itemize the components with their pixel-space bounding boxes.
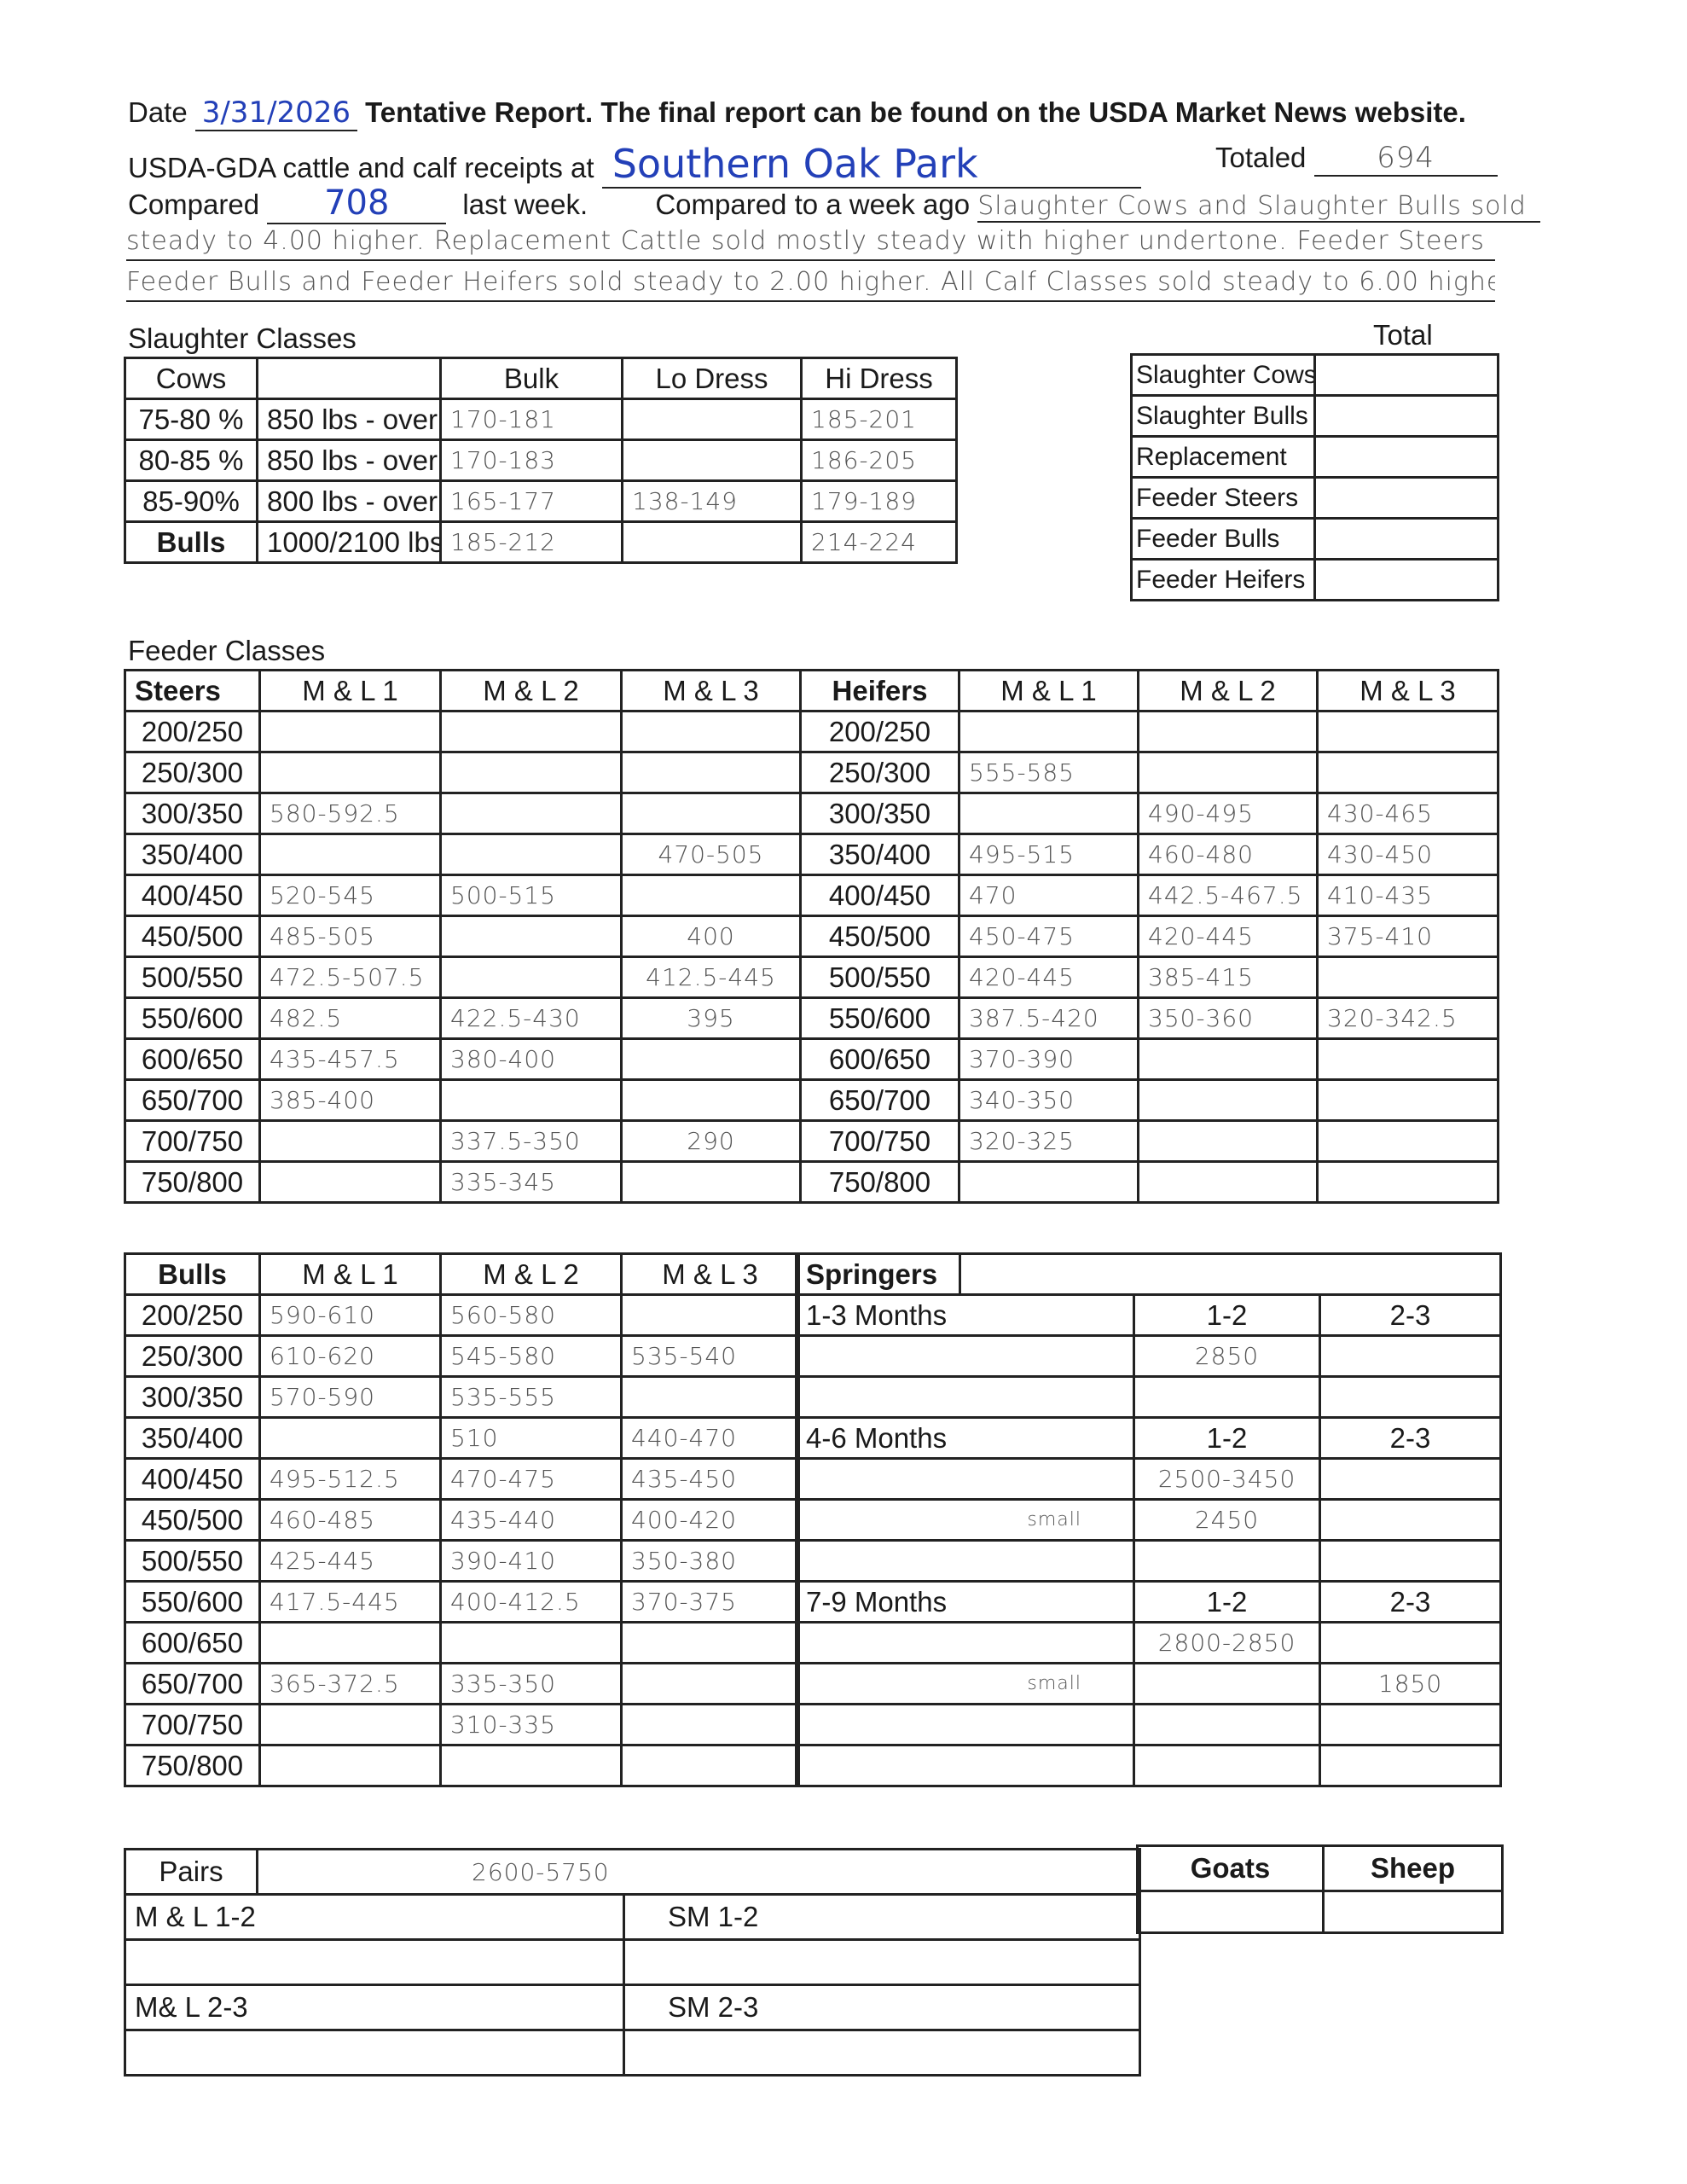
steer-ml2-price [441,834,622,875]
heifer-ml1-price [959,1162,1139,1203]
totals-label: Feeder Steers [1132,478,1315,519]
bull-weight-label: 600/650 [125,1623,260,1664]
bull-weight-label: 550/600 [125,1582,260,1623]
bull-ml3-price [622,1623,799,1664]
goats-sheep-header-row: Goats Sheep [1138,1846,1503,1891]
steer-ml3-price [622,793,801,834]
heifer-ml1-price: 340-350 [959,1080,1139,1121]
heifer-weight-label: 600/650 [801,1039,959,1080]
pairs-table: Pairs 2600-5750 M & L 1-2 SM 1-2 M& L 2-… [124,1848,1141,2077]
receipts-line: USDA-GDA cattle and calf receipts at Sou… [128,141,1141,189]
heifer-weight-label: 500/550 [801,957,959,998]
slaughter-table: Cows Bulk Lo Dress Hi Dress 75-80 %850 l… [124,357,958,564]
springers-grade-1-2 [1134,1745,1320,1786]
steer-weight-label: 750/800 [125,1162,260,1203]
steer-ml2-price [441,957,622,998]
bull-ml1-price: 417.5-445 [260,1582,441,1623]
springers-grade-2-3 [1320,1705,1501,1745]
springers-grade-1-2: 2800-2850 [1134,1623,1320,1664]
steer-ml2-price: 380-400 [441,1039,622,1080]
bulls-row: 600/650 [125,1623,799,1664]
pairs-sm12-value [624,1940,1140,1985]
goats-sheep-table: Goats Sheep [1136,1844,1504,1934]
bull-ml3-price [622,1705,799,1745]
bull-ml2-price [441,1623,622,1664]
springers-row: small2450 [797,1500,1501,1541]
steer-weight-label: 400/450 [125,875,260,916]
heifer-ml3-price [1318,1080,1499,1121]
totals-row: Replacement [1132,437,1499,478]
springers-row [797,1377,1501,1418]
totals-row: Slaughter Cows [1132,355,1499,396]
steer-weight-label: 350/400 [125,834,260,875]
springers-row: 4-6 Months1-22-3 [797,1418,1501,1459]
bull-ml2-price: 535-555 [441,1377,622,1418]
heifer-ml2-price [1139,752,1318,793]
steer-ml1-price [260,834,441,875]
steer-weight-label: 200/250 [125,712,260,752]
springers-row: 1-3 Months1-22-3 [797,1295,1501,1336]
heifer-ml3-price: 430-450 [1318,834,1499,875]
col-header: Bulk [441,358,623,399]
springers-label: small [797,1500,1134,1541]
springers-label: 1-3 Months [797,1295,1134,1336]
springers-grade-2-3: 1850 [1320,1664,1501,1705]
springers-grade-2-3 [1320,1459,1501,1500]
bull-ml2-price: 470-475 [441,1459,622,1500]
heifer-ml1-price [959,712,1139,752]
steer-ml1-price: 520-545 [260,875,441,916]
pairs-row: M& L 2-3 SM 2-3 [125,1985,1140,2030]
bull-ml2-price: 335-350 [441,1664,622,1705]
bull-ml1-price [260,1745,441,1786]
steer-ml2-price: 500-515 [441,875,622,916]
heifer-ml2-price [1139,1080,1318,1121]
springers-grade-1-2 [1134,1377,1320,1418]
bulls-row: 250/300610-620545-580535-540 [125,1336,799,1377]
springers-grade-1-2: 2850 [1134,1336,1320,1377]
bull-ml3-price [622,1295,799,1336]
col-header: M & L 3 [622,671,801,712]
pairs-sm12-label: SM 1-2 [624,1895,1140,1940]
goats-sheep-value-row [1138,1891,1503,1933]
bull-ml1-price: 365-372.5 [260,1664,441,1705]
springers-grade-2-3: 2-3 [1320,1295,1501,1336]
totals-label: Slaughter Cows [1132,355,1315,396]
bull-weight-label: 250/300 [125,1336,260,1377]
steer-ml3-price [622,1162,801,1203]
steer-ml2-price: 337.5-350 [441,1121,622,1162]
springers-label [797,1745,1134,1786]
totals-title: Total [1373,319,1433,351]
steer-ml2-price [441,916,622,957]
steer-ml2-price [441,793,622,834]
springers-grade-1-2: 2500-3450 [1134,1459,1320,1500]
steer-ml2-price [441,712,622,752]
steer-ml3-price: 290 [622,1121,801,1162]
totals-row: Slaughter Bulls [1132,396,1499,437]
steer-ml1-price: 385-400 [260,1080,441,1121]
totals-table: Slaughter CowsSlaughter BullsReplacement… [1130,353,1499,601]
col-header: Hi Dress [802,358,957,399]
bull-weight-label: 650/700 [125,1664,260,1705]
steer-ml3-price: 395 [622,998,801,1039]
col-header: M & L 1 [260,1254,441,1295]
heifer-weight-label: 750/800 [801,1162,959,1203]
bull-ml1-price: 495-512.5 [260,1459,441,1500]
springers-label: 7-9 Months [797,1582,1134,1623]
bull-ml3-price [622,1377,799,1418]
steer-ml3-price: 400 [622,916,801,957]
heifer-ml3-price [1318,712,1499,752]
bulls-row: 550/600417.5-445400-412.5370-375 [125,1582,799,1623]
col-header: M & L 2 [441,1254,622,1295]
bull-weight-label: 700/750 [125,1705,260,1745]
steer-ml2-price [441,1080,622,1121]
feeder-row: 500/550472.5-507.5412.5-445500/550420-44… [125,957,1499,998]
pairs-sm23-value [624,2030,1140,2076]
springers-label: 4-6 Months [797,1418,1134,1459]
bull-weight-label: 450/500 [125,1500,260,1541]
steer-ml2-price [441,752,622,793]
date-line: Date 3/31/2026 Tentative Report. The fin… [128,96,1466,131]
steer-weight-label: 650/700 [125,1080,260,1121]
col-header: Bulls [125,1254,260,1295]
totals-label: Slaughter Bulls [1132,396,1315,437]
bull-ml2-price: 400-412.5 [441,1582,622,1623]
bull-weight-label: 400/450 [125,1459,260,1500]
heifer-ml2-price [1139,1039,1318,1080]
heifer-ml3-price: 375-410 [1318,916,1499,957]
slaughter-row: Bulls1000/2100 lbs185-212214-224 [125,522,957,563]
steer-ml3-price: 470-505 [622,834,801,875]
bull-ml3-price [622,1745,799,1786]
springers-row: 2500-3450 [797,1459,1501,1500]
col-header: Cows [125,358,258,399]
totals-row: Feeder Heifers [1132,560,1499,601]
springers-row: small1850 [797,1664,1501,1705]
springers-row: 2800-2850 [797,1623,1501,1664]
totaled-label: Totaled [1215,142,1306,173]
heifer-weight-label: 400/450 [801,875,959,916]
bull-ml1-price [260,1418,441,1459]
steer-ml3-price [622,1080,801,1121]
bull-weight-label: 500/550 [125,1541,260,1582]
springers-label: small [797,1664,1134,1705]
springers-row: 7-9 Months1-22-3 [797,1582,1501,1623]
springers-grade-1-2: 2450 [1134,1500,1320,1541]
bulls-row: 400/450495-512.5470-475435-450 [125,1459,799,1500]
heifer-ml2-price: 490-495 [1139,793,1318,834]
totals-row: Feeder Steers [1132,478,1499,519]
grade-label: 80-85 % [125,440,258,481]
totals-value [1315,478,1499,519]
springers-label [797,1623,1134,1664]
heifer-ml2-price [1139,1121,1318,1162]
goats-label: Goats [1138,1846,1324,1891]
steer-weight-label: 300/350 [125,793,260,834]
bull-ml3-price: 535-540 [622,1336,799,1377]
springers-grade-1-2 [1134,1541,1320,1582]
weight-label: 800 lbs - over [258,481,441,522]
springers-table: Springers 1-3 Months1-22-328504-6 Months… [795,1252,1502,1787]
bull-weight-label: 750/800 [125,1745,260,1786]
heifer-ml1-price: 450-475 [959,916,1139,957]
comment-line-3: Feeder Bulls and Feeder Heifers sold ste… [126,264,1495,302]
totals-label: Feeder Heifers [1132,560,1315,601]
steer-ml3-price [622,712,801,752]
springers-grade-1-2 [1134,1705,1320,1745]
feeder-row: 650/700385-400650/700340-350 [125,1080,1499,1121]
slaughter-title: Slaughter Classes [128,322,357,355]
compared-value: 708 [267,183,446,224]
steer-ml1-price: 485-505 [260,916,441,957]
springers-grade-2-3 [1320,1541,1501,1582]
springers-grade-2-3 [1320,1500,1501,1541]
bulls-table: Bulls M & L 1 M & L 2 M & L 3 200/250590… [124,1252,800,1787]
bulls-row: 700/750310-335 [125,1705,799,1745]
heifer-ml1-price: 420-445 [959,957,1139,998]
lo-dress-price: 138-149 [623,481,802,522]
springers-header-row: Springers [797,1254,1501,1295]
bulls-row: 300/350570-590535-555 [125,1377,799,1418]
heifer-ml2-price: 460-480 [1139,834,1318,875]
heifer-ml1-price: 320-325 [959,1121,1139,1162]
heifer-ml1-price: 470 [959,875,1139,916]
steer-ml1-price: 580-592.5 [260,793,441,834]
totals-value [1315,560,1499,601]
springers-grade-1-2: 1-2 [1134,1418,1320,1459]
pairs-row: M & L 1-2 SM 1-2 [125,1895,1140,1940]
steer-ml1-price [260,712,441,752]
steer-ml3-price [622,875,801,916]
pairs-row [125,2030,1140,2076]
comment-line-1: Slaughter Cows and Slaughter Bulls sold [977,191,1540,223]
pairs-ml12-label: M & L 1-2 [125,1895,624,1940]
bull-weight-label: 200/250 [125,1295,260,1336]
totals-label: Feeder Bulls [1132,519,1315,560]
pairs-row [125,1940,1140,1985]
hi-dress-price: 179-189 [802,481,957,522]
pairs-value: 2600-5750 [258,1850,1140,1895]
weight-label: 850 lbs - over [258,440,441,481]
springers-row [797,1705,1501,1745]
col-header: M & L 1 [260,671,441,712]
totaled-value: 694 [1314,141,1498,177]
lo-dress-price [623,440,802,481]
date-label: Date [128,96,188,128]
springers-row: 2850 [797,1336,1501,1377]
pairs-header-row: Pairs 2600-5750 [125,1850,1140,1895]
totaled-group: Totaled 694 [1215,141,1498,177]
steer-ml1-price [260,1162,441,1203]
bulls-row: 450/500460-485435-440400-420 [125,1500,799,1541]
heifer-ml1-price: 555-585 [959,752,1139,793]
heifer-weight-label: 550/600 [801,998,959,1039]
springers-header-blank [960,1254,1501,1295]
bull-ml2-price: 435-440 [441,1500,622,1541]
col-header: Lo Dress [623,358,802,399]
week-ago-label: Compared to a week ago [655,189,970,220]
feeder-row: 200/250200/250 [125,712,1499,752]
totals-row: Feeder Bulls [1132,519,1499,560]
sheep-label: Sheep [1324,1846,1503,1891]
heifer-ml3-price [1318,1121,1499,1162]
steer-ml1-price [260,1121,441,1162]
date-value: 3/31/2026 [195,96,357,131]
bull-ml1-price: 590-610 [260,1295,441,1336]
weight-label: 1000/2100 lbs [258,522,441,563]
springers-title: Springers [797,1254,960,1295]
slaughter-row: 75-80 %850 lbs - over170-181185-201 [125,399,957,440]
steer-ml1-price: 482.5 [260,998,441,1039]
heifer-ml3-price [1318,957,1499,998]
bull-ml2-price: 390-410 [441,1541,622,1582]
bull-ml3-price: 435-450 [622,1459,799,1500]
lo-dress-price [623,522,802,563]
col-header: M & L 3 [1318,671,1499,712]
bull-ml3-price: 370-375 [622,1582,799,1623]
springers-label [797,1459,1134,1500]
heifer-ml1-price: 387.5-420 [959,998,1139,1039]
springers-grade-2-3 [1320,1377,1501,1418]
bulk-price: 170-181 [441,399,623,440]
hi-dress-price: 185-201 [802,399,957,440]
hi-dress-price: 214-224 [802,522,957,563]
springers-row [797,1745,1501,1786]
pairs-sm23-label: SM 2-3 [624,1985,1140,2030]
bulk-price: 165-177 [441,481,623,522]
heifer-ml1-price: 370-390 [959,1039,1139,1080]
steer-weight-label: 450/500 [125,916,260,957]
col-header: M & L 1 [959,671,1139,712]
heifer-ml2-price: 350-360 [1139,998,1318,1039]
totals-value [1315,437,1499,478]
bulls-row: 500/550425-445390-410350-380 [125,1541,799,1582]
receipts-label: USDA-GDA cattle and calf receipts at [128,152,594,183]
bull-ml1-price: 425-445 [260,1541,441,1582]
feeder-row: 700/750337.5-350290700/750320-325 [125,1121,1499,1162]
steer-ml2-price: 422.5-430 [441,998,622,1039]
feeder-row: 250/300250/300555-585 [125,752,1499,793]
springers-label [797,1705,1134,1745]
comment-line-2: steady to 4.00 higher. Replacement Cattl… [126,224,1495,261]
bull-ml1-price [260,1705,441,1745]
col-header: M & L 2 [441,671,622,712]
bulls-row: 650/700365-372.5335-350 [125,1664,799,1705]
springers-grade-2-3: 2-3 [1320,1418,1501,1459]
heifer-ml2-price: 420-445 [1139,916,1318,957]
tentative-note: Tentative Report. The final report can b… [365,96,1466,128]
bull-ml2-price: 510 [441,1418,622,1459]
compared-line: Compared 708 last week. Compared to a we… [128,183,1540,224]
bull-ml2-price: 560-580 [441,1295,622,1336]
steer-ml1-price [260,752,441,793]
heifer-ml3-price: 320-342.5 [1318,998,1499,1039]
bull-weight-label: 350/400 [125,1418,260,1459]
heifer-weight-label: 450/500 [801,916,959,957]
bulls-row: 350/400510440-470 [125,1418,799,1459]
heifer-ml1-price: 495-515 [959,834,1139,875]
col-header: Steers [125,671,260,712]
totals-label: Replacement [1132,437,1315,478]
springers-grade-2-3 [1320,1745,1501,1786]
springers-label [797,1377,1134,1418]
heifer-weight-label: 350/400 [801,834,959,875]
col-header [258,358,441,399]
heifer-weight-label: 200/250 [801,712,959,752]
steer-weight-label: 550/600 [125,998,260,1039]
springers-label [797,1336,1134,1377]
bull-ml3-price: 440-470 [622,1418,799,1459]
heifer-ml2-price [1139,712,1318,752]
steer-ml2-price: 335-345 [441,1162,622,1203]
springers-grade-1-2: 1-2 [1134,1582,1320,1623]
compared-label: Compared [128,189,259,220]
steer-weight-label: 700/750 [125,1121,260,1162]
heifer-weight-label: 700/750 [801,1121,959,1162]
heifer-ml2-price [1139,1162,1318,1203]
grade-label: 85-90% [125,481,258,522]
lo-dress-price [623,399,802,440]
steer-ml3-price [622,1039,801,1080]
bulk-price: 185-212 [441,522,623,563]
feeder-row: 300/350580-592.5300/350490-495430-465 [125,793,1499,834]
col-header: M & L 2 [1139,671,1318,712]
heifer-ml1-price [959,793,1139,834]
bull-ml1-price: 610-620 [260,1336,441,1377]
feeder-row: 750/800335-345750/800 [125,1162,1499,1203]
market-name: Southern Oak Park [602,141,1141,189]
weight-label: 850 lbs - over [258,399,441,440]
pairs-title: Pairs [125,1850,258,1895]
slaughter-row: 85-90%800 lbs - over165-177138-149179-18… [125,481,957,522]
feeder-row: 400/450520-545500-515400/450470442.5-467… [125,875,1499,916]
bull-ml2-price [441,1745,622,1786]
pairs-ml23-value [125,2030,624,2076]
steer-ml3-price: 412.5-445 [622,957,801,998]
heifer-ml3-price: 410-435 [1318,875,1499,916]
steer-ml3-price [622,752,801,793]
col-header: M & L 3 [622,1254,799,1295]
steer-weight-label: 500/550 [125,957,260,998]
col-header: Heifers [801,671,959,712]
springers-grade-2-3: 2-3 [1320,1582,1501,1623]
feeder-header-row: Steers M & L 1 M & L 2 M & L 3 Heifers M… [125,671,1499,712]
bulls-header-row: Bulls M & L 1 M & L 2 M & L 3 [125,1254,799,1295]
goats-value [1138,1891,1324,1933]
heifer-ml3-price [1318,752,1499,793]
totals-value [1315,355,1499,396]
steer-ml1-price: 435-457.5 [260,1039,441,1080]
totals-value [1315,519,1499,560]
heifer-weight-label: 250/300 [801,752,959,793]
bull-ml3-price: 350-380 [622,1541,799,1582]
sheep-value [1324,1891,1503,1933]
bulk-price: 170-183 [441,440,623,481]
springers-grade-1-2 [1134,1664,1320,1705]
heifer-weight-label: 650/700 [801,1080,959,1121]
springers-grade-2-3 [1320,1336,1501,1377]
heifer-ml2-price: 442.5-467.5 [1139,875,1318,916]
feeder-row: 450/500485-505400450/500450-475420-44537… [125,916,1499,957]
steer-ml1-price: 472.5-507.5 [260,957,441,998]
bull-ml2-price: 310-335 [441,1705,622,1745]
feeder-table: Steers M & L 1 M & L 2 M & L 3 Heifers M… [124,669,1499,1204]
grade-label: 75-80 % [125,399,258,440]
bulls-row: 750/800 [125,1745,799,1786]
bull-ml1-price [260,1623,441,1664]
